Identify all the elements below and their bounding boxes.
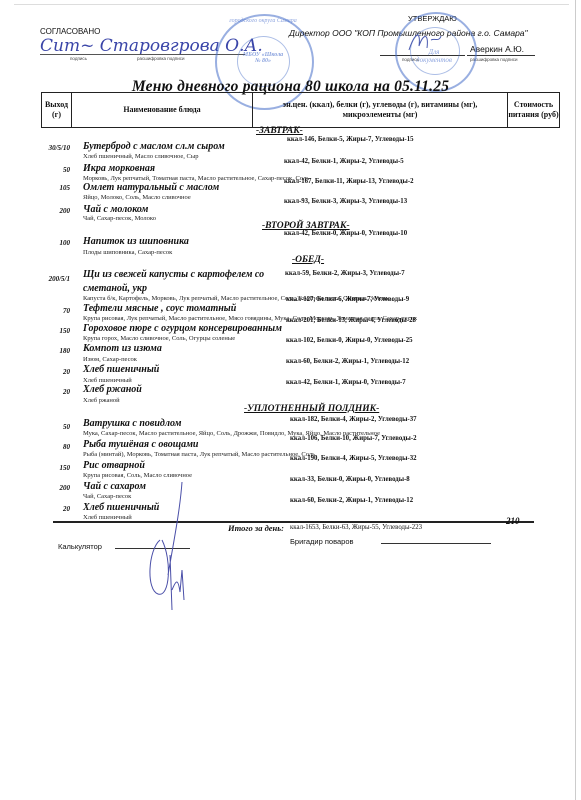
director-decode-caption: расшифровка подписи xyxy=(470,57,517,62)
item-output: 200 xyxy=(32,484,70,492)
item-nutrition: ккал-182, Белки-4, Жиры-2, Углеводы-37 xyxy=(290,416,417,423)
item-nutrition: ккал-59, Белки-2, Жиры-3, Углеводы-7 xyxy=(285,270,405,277)
item-composition: Плоды шиповника, Сахар-песок xyxy=(83,249,172,256)
item-name: Рис отварной xyxy=(83,460,145,471)
item-nutrition: ккал-102, Белки-0, Жиры-0, Углеводы-25 xyxy=(286,337,413,344)
table-bottom-rule xyxy=(53,521,534,523)
item-name-continued: сметаной, укр xyxy=(83,283,147,294)
item-nutrition: ккал-190, Белки-4, Жиры-5, Углеводы-32 xyxy=(290,455,417,462)
item-nutrition: ккал-42, Белки-0, Жиры-0, Углеводы-10 xyxy=(284,230,407,237)
item-output: 150 xyxy=(32,464,70,472)
item-output: 70 xyxy=(32,307,70,315)
item-nutrition: ккал-127, Белки-6, Жиры-7, Углеводы-9 xyxy=(286,296,409,303)
item-name: Напиток из шиповника xyxy=(83,236,189,247)
item-nutrition: ккал-60, Белки-2, Жиры-1, Углеводы-12 xyxy=(286,358,409,365)
item-output: 20 xyxy=(32,505,70,513)
item-name: Икра морковная xyxy=(83,163,155,174)
calculator-label: Калькулятор xyxy=(58,542,102,551)
item-composition: Хлеб ржаной xyxy=(83,397,120,404)
scan-top-edge xyxy=(14,4,569,5)
section-breakfast: -ЗАВТРАК- xyxy=(256,126,303,136)
item-composition: Чай, Сахар-песок xyxy=(83,493,131,500)
director-name-line xyxy=(467,55,535,56)
item-composition: Крупа горох, Масло сливочное, Соль, Огур… xyxy=(83,335,235,342)
item-name: Рыба тушёная с овощами xyxy=(83,439,199,450)
item-name: Хлеб пшеничный xyxy=(83,364,159,375)
item-nutrition: ккал-42, Белки-1, Жиры-2, Углеводы-5 xyxy=(284,158,404,165)
item-name: Тефтели мясные , соус томатный xyxy=(83,303,236,314)
col-dish-header: Наименование блюда xyxy=(72,93,253,127)
item-output: 200/5/1 xyxy=(32,275,70,283)
item-composition: Изюм, Сахар-песок xyxy=(83,356,137,363)
section-lunch: -ОБЕД- xyxy=(292,255,324,265)
approved-signature-line xyxy=(40,54,245,55)
item-composition: Чай, Сахар-песок, Молоко xyxy=(83,215,156,222)
col-output-header: Выход (г) xyxy=(42,93,72,127)
item-name: Чай с молоком xyxy=(83,204,148,215)
item-composition: Крупа рисовая, Соль, Масло сливочное xyxy=(83,472,192,479)
item-nutrition: ккал-33, Белки-0, Жиры-0, Углеводы-8 xyxy=(290,476,410,483)
total-label: Итого за день: xyxy=(228,523,284,533)
item-output: 100 xyxy=(32,239,70,247)
item-output: 50 xyxy=(32,423,70,431)
item-name: Бутерброд с маслом сл.м сыром xyxy=(83,141,225,152)
item-output: 105 xyxy=(32,184,70,192)
item-name: Гороховое пюре с огурцом консервированны… xyxy=(83,323,282,334)
calculator-signature xyxy=(140,480,200,615)
item-composition: Хлеб пшеничный, Масло сливочное, Сыр xyxy=(83,153,198,160)
item-nutrition: ккал-201, Белки-13, Жиры-4, Углеводы-28 xyxy=(286,317,416,324)
item-name: Хлеб ржаной xyxy=(83,384,142,395)
total-nutrition: ккал-1653, Белки-63, Жиры-55, Углеводы-2… xyxy=(290,524,422,531)
item-output: 180 xyxy=(32,347,70,355)
item-composition: Морковь, Лук репчатый, Томатная паста, М… xyxy=(83,175,309,182)
col-nutrition-header: эн.цен. (ккал), белки (г), углеводы (г),… xyxy=(253,93,508,127)
item-name: Омлет натуральный с маслом xyxy=(83,182,219,193)
approved-label: СОГЛАСОВАНО xyxy=(40,27,100,36)
section-afternoon-snack: -УПЛОТНЕННЫЙ ПОЛДНИК- xyxy=(244,404,379,414)
item-nutrition: ккал-146, Белки-5, Жиры-7, Углеводы-15 xyxy=(287,136,414,143)
item-output: 80 xyxy=(32,443,70,451)
approved-decode-caption: расшифровка подписи xyxy=(137,56,184,61)
item-name: Чай с сахаром xyxy=(83,481,146,492)
item-output: 50 xyxy=(32,166,70,174)
item-output: 150 xyxy=(32,327,70,335)
item-name: Ватрушка с повидлом xyxy=(83,418,182,429)
item-composition: Хлеб пшеничный xyxy=(83,377,132,384)
scan-right-edge xyxy=(575,0,576,800)
item-name: Компот из изюма xyxy=(83,343,162,354)
item-nutrition: ккал-42, Белки-1, Жиры-0, Углеводы-7 xyxy=(286,379,406,386)
chef-label: Бригадир поваров xyxy=(290,537,353,546)
director-name: Аверкин А.Ю. xyxy=(470,44,524,54)
item-composition: Хлеб пшеничный xyxy=(83,514,132,521)
table-header: Выход (г) Наименование блюда эн.цен. (кк… xyxy=(41,92,560,128)
item-composition: Рыба (минтай), Морковь, Томатная паста, … xyxy=(83,451,315,458)
item-composition: Яйцо, Молоко, Соль, Масло сливочное xyxy=(83,194,191,201)
item-nutrition: ккал-167, Белки-11, Жиры-13, Углеводы-2 xyxy=(284,178,414,185)
item-output: 30/5/10 xyxy=(32,144,70,152)
approved-sig-caption: подпись xyxy=(70,56,87,61)
total-cost: 210 xyxy=(506,516,520,526)
chef-signature-line xyxy=(381,543,491,544)
item-output: 200 xyxy=(32,207,70,215)
school-stamp-text: МБОУ «Школа № 80» xyxy=(240,52,286,64)
col-cost-header: Стоимость питания (руб) xyxy=(508,93,559,127)
item-nutrition: ккал-106, Белки-10, Жиры-7, Углеводы-2 xyxy=(290,435,417,442)
item-output: 20 xyxy=(32,388,70,396)
item-nutrition: ккал-60, Белки-2, Жиры-1, Углеводы-12 xyxy=(290,497,413,504)
item-nutrition: ккал-93, Белки-3, Жиры-3, Углеводы-13 xyxy=(284,198,407,205)
director-signature xyxy=(405,28,445,54)
item-output: 20 xyxy=(32,368,70,376)
item-name: Щи из свежей капусты с картофелем со xyxy=(83,269,264,280)
school-stamp-ring-text: городского округа Самара xyxy=(222,18,304,24)
